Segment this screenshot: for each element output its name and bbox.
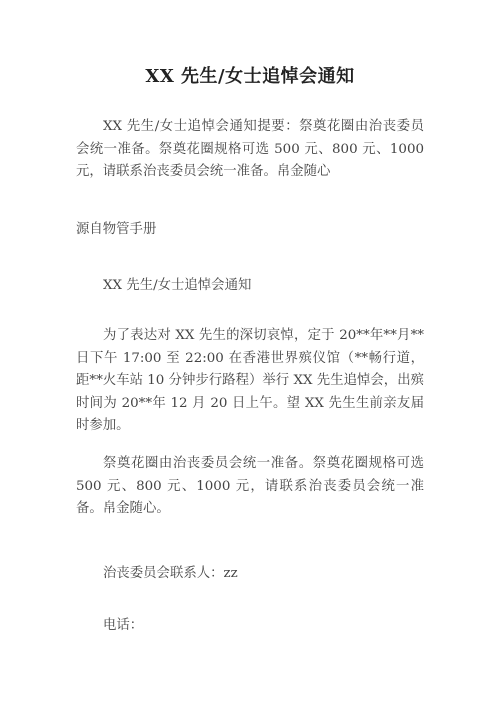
contact-person: 治丧委员会联系人：zz bbox=[103, 562, 238, 581]
memorial-details-paragraph: 为了表达对 XX 先生的深切哀悼，定于 20**年**月**日下午 17:00 … bbox=[76, 325, 424, 438]
source-note: 源自物管手册 bbox=[76, 218, 156, 237]
summary-paragraph: XX 先生/女士追悼会通知提要：祭奠花圈由治丧委员会统一准备。祭奠花圈规格可选 … bbox=[76, 116, 424, 184]
document-title: XX 先生/女士追悼会通知 bbox=[0, 62, 500, 88]
phone-label: 电话： bbox=[103, 614, 143, 633]
wreath-paragraph: 祭奠花圈由治丧委员会统一准备。祭奠花圈规格可选 500 元、800 元、1000… bbox=[76, 453, 424, 521]
notice-subtitle: XX 先生/女士追悼会通知 bbox=[103, 274, 251, 293]
